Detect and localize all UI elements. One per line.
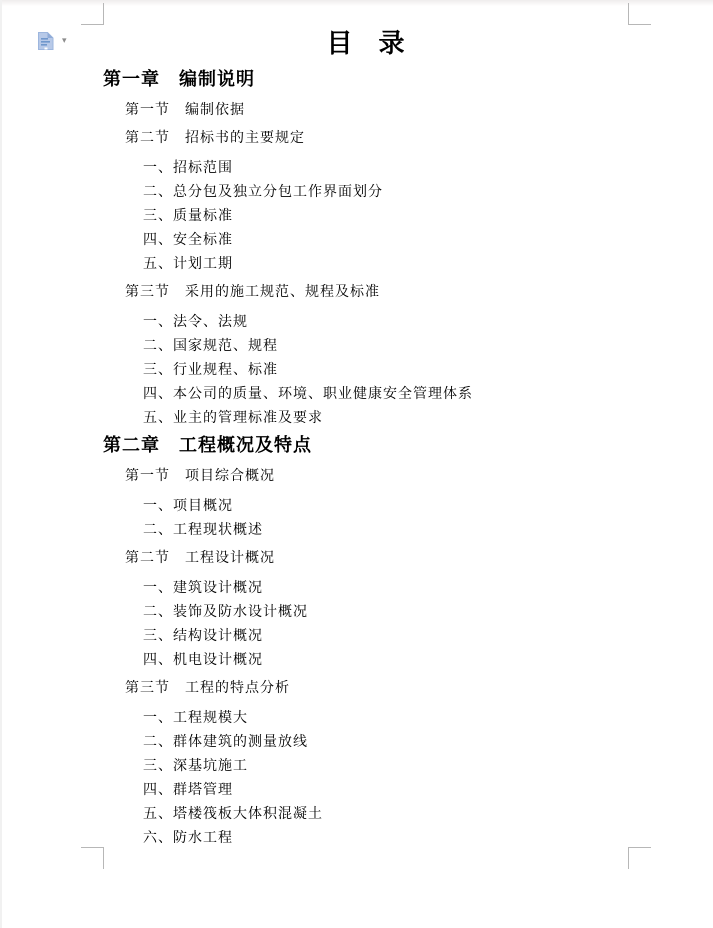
- toc-section-line: 第一节 项目综合概况: [125, 469, 713, 485]
- document-title: 目 录: [103, 30, 628, 58]
- toc-item-line: 四、群塔管理: [143, 779, 713, 802]
- toc-item-line: 五、塔楼筏板大体积混凝土: [143, 803, 713, 826]
- toc-item-line: 六、防水工程: [143, 827, 713, 850]
- toc-item-line: 二、群体建筑的测量放线: [143, 731, 713, 754]
- toc-item-line: 五、计划工期: [143, 253, 713, 276]
- toc-item-line: 一、项目概况: [143, 495, 713, 518]
- toc-item-line: 三、行业规程、标准: [143, 359, 713, 382]
- toc-section-line: 第一节 编制依据: [125, 103, 713, 119]
- toc-chapter-line: 第一章 编制说明: [103, 69, 713, 90]
- toc-section-line: 第三节 采用的施工规范、规程及标准: [125, 285, 713, 301]
- margin-mark-bottom-right-icon: [628, 847, 651, 869]
- toc-item-line: 一、招标范围: [143, 157, 713, 180]
- toc-item-line: 二、国家规范、规程: [143, 335, 713, 358]
- document-page: ▾ 目 录 第一章 编制说明第一节 编制依据第二节 招标书的主要规定一、招标范围…: [0, 0, 713, 928]
- toc-item-line: 一、法令、法规: [143, 311, 713, 334]
- toc-item-line: 四、安全标准: [143, 229, 713, 252]
- toc-item-line: 二、装饰及防水设计概况: [143, 601, 713, 624]
- toc-chapter-line: 第二章 工程概况及特点: [103, 435, 713, 456]
- table-of-contents: 第一章 编制说明第一节 编制依据第二节 招标书的主要规定一、招标范围二、总分包及…: [103, 69, 713, 850]
- toc-item-line: 三、质量标准: [143, 205, 713, 228]
- toc-item-line: 四、本公司的质量、环境、职业健康安全管理体系: [143, 383, 713, 406]
- toc-item-line: 二、总分包及独立分包工作界面划分: [143, 181, 713, 204]
- toc-item-line: 三、深基坑施工: [143, 755, 713, 778]
- toc-section-line: 第二节 招标书的主要规定: [125, 131, 713, 147]
- document-content: 目 录 第一章 编制说明第一节 编制依据第二节 招标书的主要规定一、招标范围二、…: [0, 0, 713, 850]
- toc-item-line: 一、工程规模大: [143, 707, 713, 730]
- toc-section-line: 第二节 工程设计概况: [125, 551, 713, 567]
- toc-item-line: 二、工程现状概述: [143, 519, 713, 542]
- margin-mark-bottom-left-icon: [81, 847, 104, 869]
- toc-item-line: 一、建筑设计概况: [143, 577, 713, 600]
- toc-item-line: 四、机电设计概况: [143, 649, 713, 672]
- toc-item-line: 五、业主的管理标准及要求: [143, 407, 713, 430]
- toc-item-line: 三、结构设计概况: [143, 625, 713, 648]
- toc-section-line: 第三节 工程的特点分析: [125, 681, 713, 697]
